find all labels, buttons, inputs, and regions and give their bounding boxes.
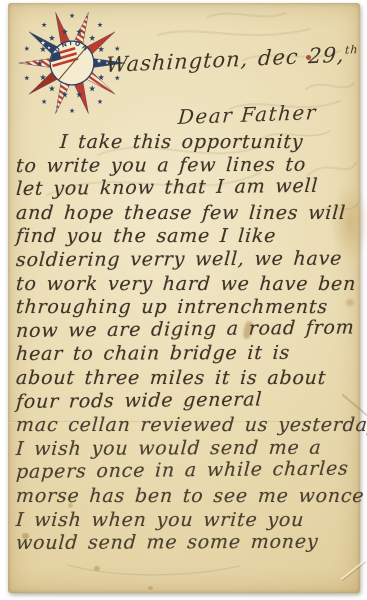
letter-line: papers once in a while charles <box>15 458 359 485</box>
dateline-place-date: Washington, dec 29, <box>105 43 345 78</box>
dateline-year: 1861 <box>357 39 367 66</box>
letter-line: mac cellan reviewed us yesterday <box>15 414 359 438</box>
letter-paper: UNION Washington, dec 29,th 1861 Dear Fa… <box>8 3 360 593</box>
letter-body: I take this opportunityto write you a fe… <box>16 131 358 556</box>
letter-line: let you know that I am well <box>15 175 359 202</box>
letter-line: now we are diging a road from <box>15 316 359 343</box>
letter-line: find you the same I like <box>15 225 359 249</box>
corner-fold-mark <box>341 560 366 580</box>
letter-line: would send me some money <box>15 531 359 556</box>
letter-scan: UNION Washington, dec 29,th 1861 Dear Fa… <box>0 0 367 600</box>
salutation: Dear Father <box>177 100 318 129</box>
letter-line: and hope thease few lines will <box>15 202 359 226</box>
letter-line: I wish when you write you <box>15 509 359 533</box>
paper-stain <box>148 586 153 590</box>
letter-line: hear to chain bridge it is <box>15 342 359 367</box>
letter-line: soldiering verry well, we have <box>15 247 359 272</box>
paper-stain <box>94 566 100 571</box>
letter-line: to work very hard we have ben <box>15 273 359 297</box>
dateline: Washington, dec 29,th 1861 <box>105 39 367 77</box>
letter-line: morse has ben to see me wonce <box>15 485 359 509</box>
letter-line: four rods wide general <box>15 387 359 414</box>
letter-line: I take this opportunity <box>15 131 359 155</box>
